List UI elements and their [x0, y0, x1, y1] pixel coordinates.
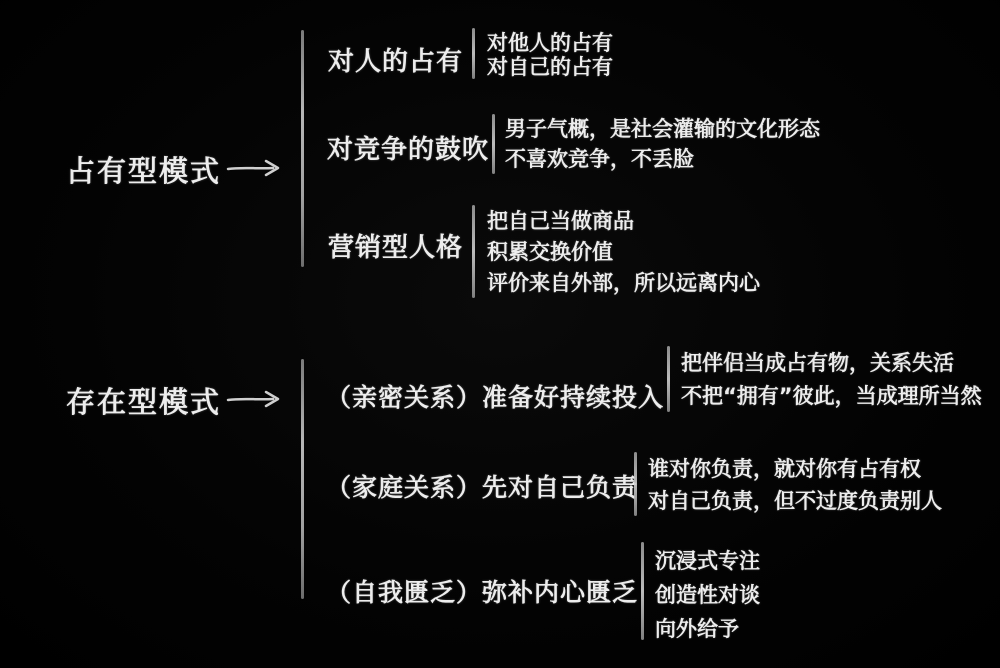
detail-line: 沉浸式专注 [655, 544, 760, 578]
detail-line: 积累交换价值 [487, 237, 760, 268]
branch4-detail-line [634, 452, 637, 516]
branch-label-competition-advocacy: 对竞争的鼓吹 [327, 129, 489, 166]
detail-line: 把自己当做商品 [487, 206, 760, 237]
detail-line: 把伴侣当成占有物，关系失活 [681, 347, 982, 380]
group2-branch-line [301, 359, 304, 599]
branch2-details: 把自己当做商品 积累交换价值 评价来自外部，所以远离内心 [487, 206, 760, 299]
branch5-details: 沉浸式专注 创造性对谈 向外给予 [655, 544, 760, 646]
group1-root-label: 占有型模式 [66, 149, 221, 190]
branch-label-marketing-personality: 营销型人格 [328, 227, 463, 264]
detail-line: 对自己的占有 [487, 55, 613, 79]
branch0-detail-line [472, 28, 475, 79]
branch1-details: 男子气概，是社会灌输的文化形态 不喜欢竞争，不丢脸 [505, 114, 820, 174]
detail-line: 向外给予 [655, 612, 760, 646]
branch0-details: 对他人的占有 对自己的占有 [487, 31, 613, 79]
detail-line: 评价来自外部，所以远离内心 [487, 268, 760, 299]
group2-arrow-right-icon [226, 388, 286, 410]
group1-branch-line [301, 30, 304, 267]
branch3-details: 把伴侣当成占有物，关系失活 不把“拥有”彼此，当成理所当然 [681, 347, 982, 413]
branch2-detail-line [472, 205, 475, 298]
detail-line: 不喜欢竞争，不丢脸 [505, 144, 820, 174]
branch-label-possession-of-people: 对人的占有 [328, 41, 463, 78]
mindmap-canvas: 占有型模式 对人的占有 对他人的占有 对自己的占有 对竞争的鼓吹 男子气概，是社… [0, 0, 1000, 668]
branch4-details: 谁对你负责，就对你有占有权 对自己负责，但不过度负责别人 [648, 453, 942, 517]
detail-line: 谁对你负责，就对你有占有权 [648, 453, 942, 485]
detail-line: 不把“拥有”彼此，当成理所当然 [681, 380, 982, 413]
branch-label-intimate-relationship: （亲密关系）准备好持续投入 [326, 378, 664, 414]
detail-line: 创造性对谈 [655, 578, 760, 612]
branch-label-self-scarcity: （自我匮乏）弥补内心匮乏 [326, 573, 638, 609]
branch5-detail-line [641, 542, 644, 640]
group2-root-label: 存在型模式 [66, 380, 221, 421]
branch3-detail-line [667, 346, 670, 412]
detail-line: 对自己负责，但不过度负责别人 [648, 485, 942, 517]
detail-line: 男子气概，是社会灌输的文化形态 [505, 114, 820, 144]
branch1-detail-line [492, 114, 495, 174]
detail-line: 对他人的占有 [487, 31, 613, 55]
branch-label-family-relationship: （家庭关系）先对自己负责 [326, 468, 638, 504]
group1-arrow-right-icon [226, 157, 286, 179]
